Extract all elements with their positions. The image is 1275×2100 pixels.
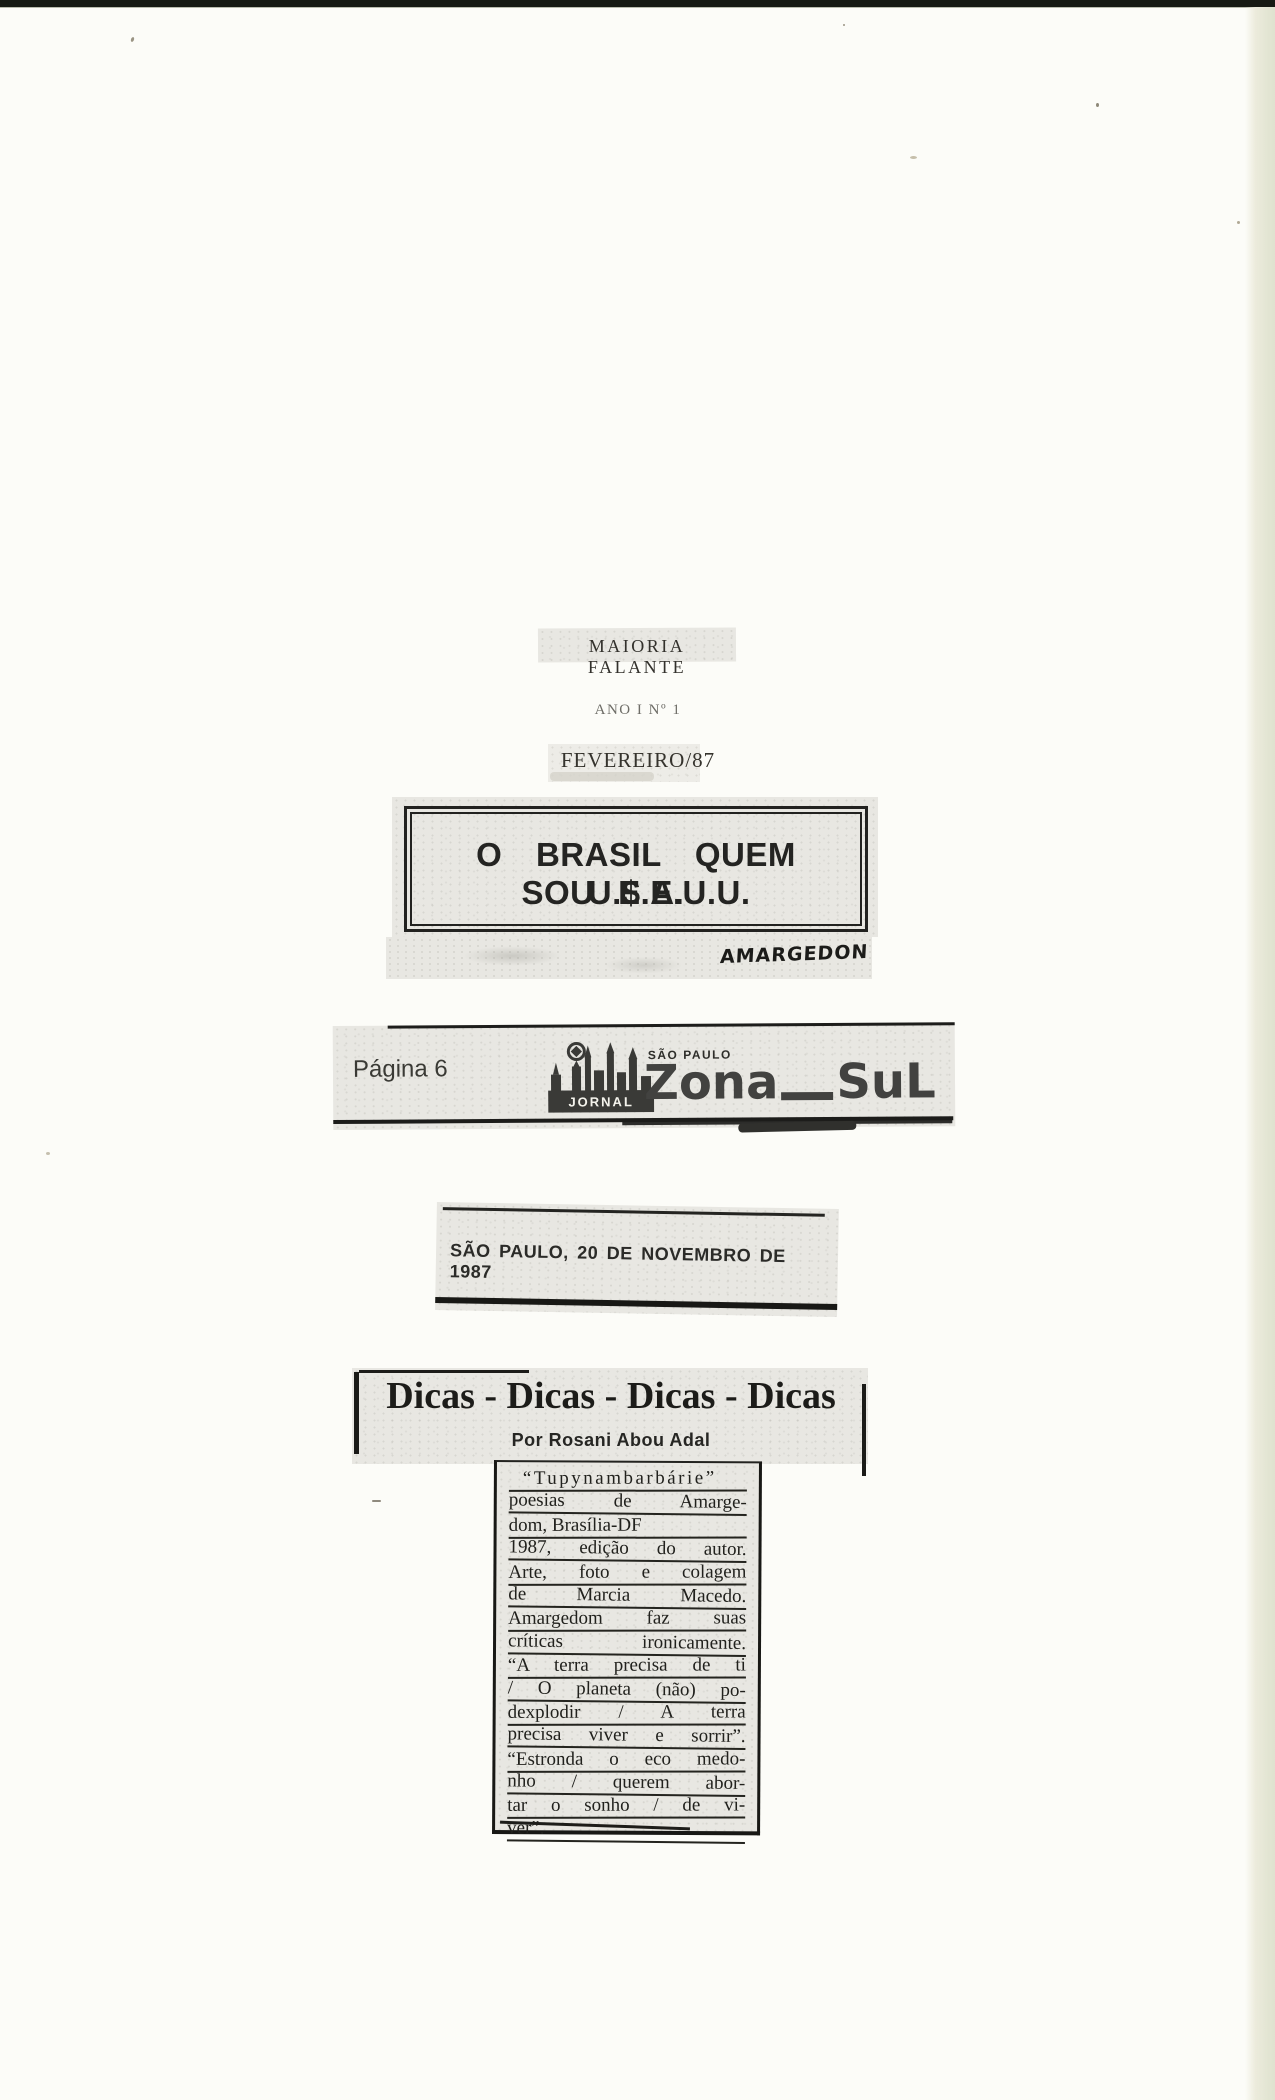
article-line: “Estronda o eco medo- bbox=[507, 1749, 745, 1773]
dust-speck bbox=[372, 1500, 381, 1502]
dicas-headline: Dicas - Dicas - Dicas - Dicas bbox=[364, 1374, 858, 1418]
dicas-left-border bbox=[354, 1372, 359, 1454]
masthead-issue-date: FEVEREIRO/87 bbox=[540, 748, 736, 773]
photocopy-smudge bbox=[550, 772, 654, 781]
dicas-top-rule bbox=[359, 1370, 529, 1373]
article-line: críticas ironicamente. bbox=[508, 1631, 746, 1657]
dicas-right-border bbox=[862, 1384, 866, 1476]
logo-jornal-label: JORNAL bbox=[568, 1094, 634, 1109]
newspaper-logo: JORNAL SÃO PAULO Zona SuL bbox=[548, 1038, 958, 1123]
article-line: de Marcia Macedo. bbox=[508, 1584, 746, 1610]
article-line: / O planeta (não) po- bbox=[508, 1678, 746, 1704]
scanner-top-band bbox=[0, 0, 1275, 8]
article-line: 1987, edição do autor. bbox=[508, 1538, 746, 1564]
dust-speck bbox=[1237, 221, 1240, 224]
headline-box: O BRASIL QUEM U.$.A. SOU E.E.U.U. bbox=[404, 806, 868, 932]
dateline-text: SÃO PAULO, 20 DE NOVEMBRO DE 1987 bbox=[450, 1240, 831, 1289]
dust-speck bbox=[1096, 103, 1099, 107]
dateline-bottom-rule bbox=[435, 1297, 837, 1310]
logo-underscore-bar bbox=[781, 1092, 833, 1100]
dicas-byline: Por Rosani Abou Adal bbox=[364, 1430, 858, 1451]
newspaper-banner-strip: Página 6 bbox=[333, 1022, 956, 1130]
scanned-document-page: MAIORIA FALANTE ANO I Nº 1 FEVEREIRO/87 … bbox=[0, 0, 1275, 2100]
article-line: “A terra precisa de ti bbox=[508, 1656, 746, 1680]
logo-name-zona: Zona bbox=[644, 1057, 779, 1108]
masthead-edition: ANO I Nº 1 bbox=[540, 702, 736, 719]
article-line: poesias de Amarge- bbox=[509, 1491, 747, 1517]
city-skyline-icon: JORNAL bbox=[548, 1040, 654, 1115]
dust-speck bbox=[46, 1152, 50, 1155]
article-line: Arte, foto e colagem bbox=[508, 1562, 746, 1586]
article-line: “Tupynambarbárie” bbox=[509, 1468, 747, 1492]
banner-fat-rule-segment bbox=[738, 1121, 856, 1133]
article-line: tar o sonho / de vi- bbox=[507, 1796, 745, 1820]
banner-top-rule bbox=[388, 1022, 955, 1028]
article-line: dom, Brasília-DF bbox=[509, 1515, 747, 1539]
signature-handwritten: AMARGEDON bbox=[719, 942, 840, 968]
dateline-strip: SÃO PAULO, 20 DE NOVEMBRO DE 1987 bbox=[435, 1202, 839, 1317]
logo-name: Zona SuL bbox=[644, 1056, 936, 1108]
paper-right-edge bbox=[1245, 7, 1275, 2100]
dust-speck bbox=[910, 156, 917, 159]
headline-line2: SOU E.E.U.U. bbox=[412, 874, 860, 912]
logo-name-sul: SuL bbox=[836, 1056, 936, 1107]
dicas-header-block: Dicas - Dicas - Dicas - Dicas Por Rosani… bbox=[352, 1368, 868, 1464]
dust-speck bbox=[843, 24, 845, 26]
headline-box-inner-border: O BRASIL QUEM U.$.A. SOU E.E.U.U. bbox=[410, 812, 862, 926]
article-line: Amargedom faz suas bbox=[508, 1609, 746, 1633]
article-line: precisa viver e sorrir”. bbox=[507, 1725, 745, 1751]
masthead-title: MAIORIA FALANTE bbox=[538, 636, 736, 678]
article-line: dexplodir / A terra bbox=[508, 1702, 746, 1726]
dust-speck bbox=[130, 37, 135, 43]
article-column: “Tupynambarbárie” poesias de Amarge- dom… bbox=[492, 1460, 762, 1835]
dateline-top-rule bbox=[443, 1207, 825, 1217]
page-number-label: Página 6 bbox=[353, 1055, 448, 1084]
